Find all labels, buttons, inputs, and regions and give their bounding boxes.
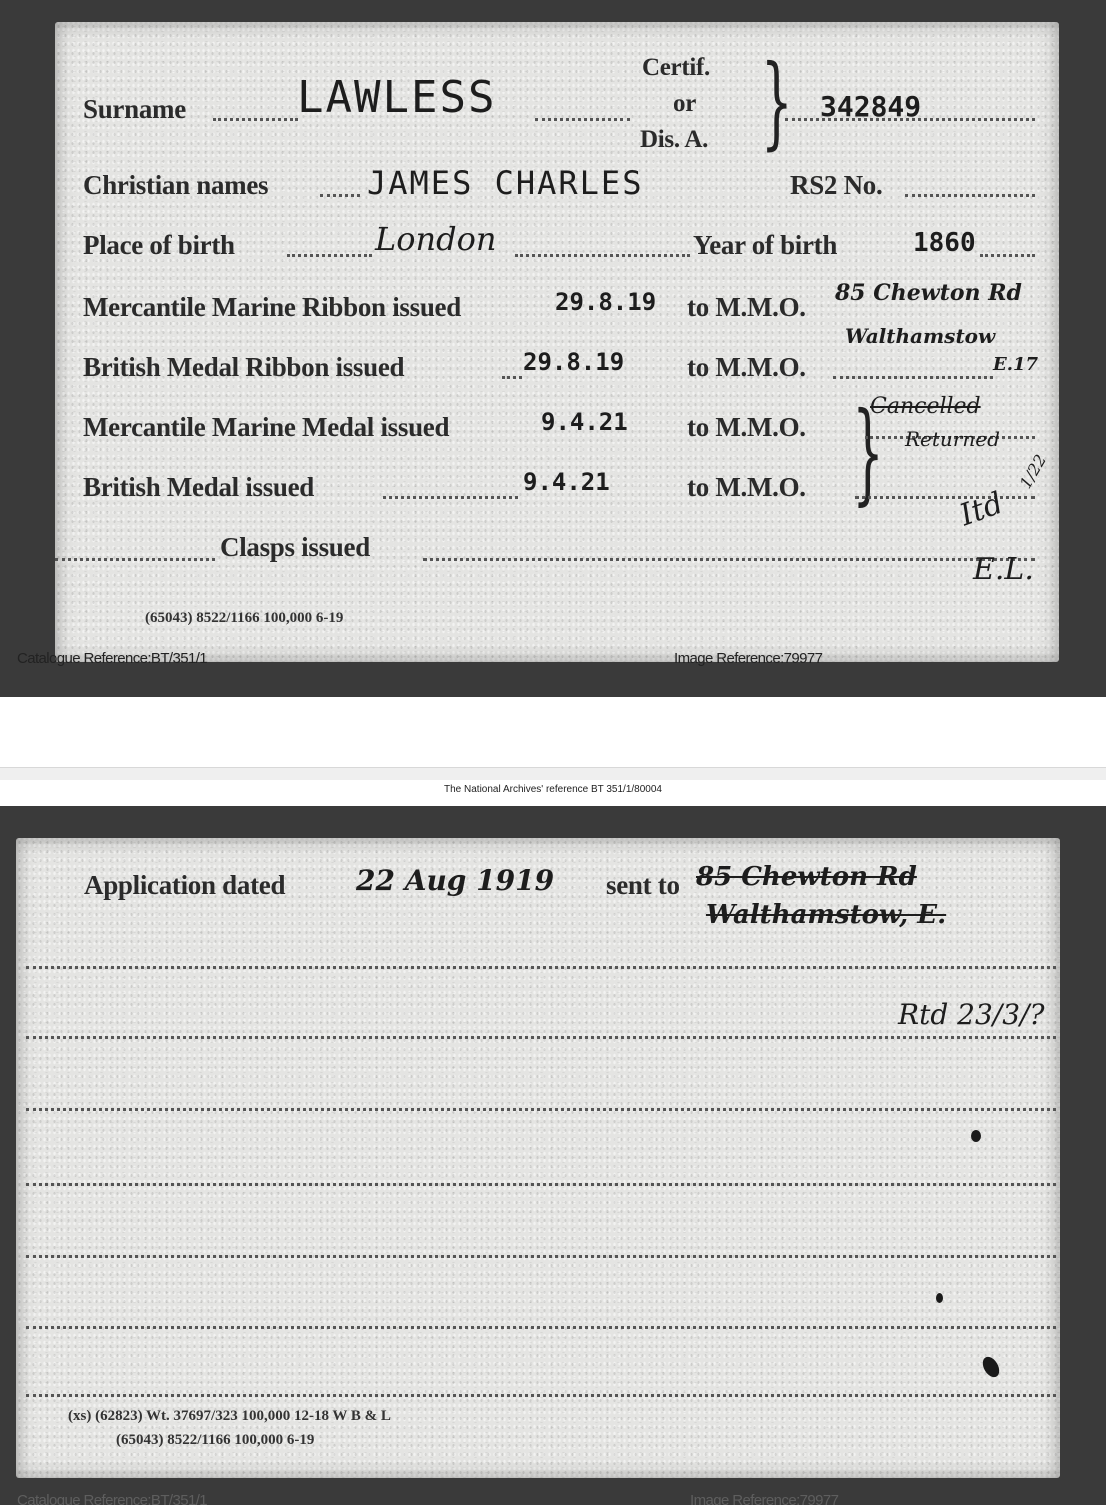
dotted-leader xyxy=(833,376,993,379)
surname-value: LAWLESS xyxy=(297,72,496,123)
surname-label: Surname xyxy=(83,94,186,125)
rs2-label: RS2 No. xyxy=(790,170,882,201)
archive-reference-caption: The National Archives' reference BT 351/… xyxy=(0,784,1106,795)
image-reference: Image Reference:79977 xyxy=(690,1492,838,1505)
print-code-1: (xs) (62823) Wt. 37697/323 100,000 12-18… xyxy=(68,1408,391,1425)
christian-names-value: JAMES CHARLES xyxy=(367,164,643,202)
dotted-leader xyxy=(287,254,372,257)
ruled-line xyxy=(26,1183,1056,1186)
brace: } xyxy=(761,52,793,152)
certif-label-2: or xyxy=(673,90,696,118)
mm-medal-date: 9.4.21 xyxy=(541,408,628,436)
sent-to-label: sent to xyxy=(606,870,680,901)
page-divider xyxy=(0,767,1106,780)
back-card-image-panel: Application dated 22 Aug 1919 sent to 85… xyxy=(0,806,1106,1505)
british-medal-to: to M.M.O. xyxy=(687,472,806,503)
dotted-leader xyxy=(383,496,518,499)
ink-spot xyxy=(971,1130,981,1142)
mm-ribbon-label: Mercantile Marine Ribbon issued xyxy=(83,292,461,323)
application-date: 22 Aug 1919 xyxy=(356,864,554,897)
address-line-1: 85 Chewton Rd xyxy=(835,280,1022,306)
certif-label-3: Dis. A. xyxy=(640,126,708,154)
ink-spot xyxy=(979,1354,1002,1380)
mm-ribbon-date: 29.8.19 xyxy=(555,288,656,316)
british-medal-label: British Medal issued xyxy=(83,472,314,503)
front-card-image-panel: Surname LAWLESS Certif. or Dis. A. } 342… xyxy=(0,0,1106,697)
catalogue-reference: Catalogue Reference:BT/351/1 xyxy=(17,1492,207,1505)
place-of-birth-label: Place of birth xyxy=(83,230,235,261)
british-ribbon-label: British Medal Ribbon issued xyxy=(83,352,404,383)
christian-names-label: Christian names xyxy=(83,170,268,201)
dotted-leader xyxy=(213,118,298,121)
dotted-leader xyxy=(905,194,1035,197)
ink-spot xyxy=(936,1293,943,1303)
front-medal-card: Surname LAWLESS Certif. or Dis. A. } 342… xyxy=(55,22,1059,662)
page-gap: The National Archives' reference BT 351/… xyxy=(0,697,1106,806)
clasps-label: Clasps issued xyxy=(220,532,370,563)
certif-label-1: Certif. xyxy=(642,54,710,82)
application-dated-label: Application dated xyxy=(84,870,285,901)
image-reference: Image Reference:79977 xyxy=(674,650,822,667)
dotted-leader xyxy=(535,118,630,121)
british-ribbon-to: to M.M.O. xyxy=(687,352,806,383)
ruled-line xyxy=(26,1108,1056,1111)
british-ribbon-date: 29.8.19 xyxy=(523,348,624,376)
sent-to-address-1: 85 Chewton Rd xyxy=(696,862,917,892)
mm-medal-label: Mercantile Marine Medal issued xyxy=(83,412,449,443)
initials-2: E.L. xyxy=(973,552,1034,587)
initials-1: Itd xyxy=(955,486,1007,534)
margin-note-returned: Returned xyxy=(905,427,1000,451)
ruled-line xyxy=(26,1326,1056,1329)
dotted-leader xyxy=(980,254,1035,257)
dotted-leader xyxy=(855,496,1035,499)
certif-value: 342849 xyxy=(820,90,921,123)
ruled-line xyxy=(26,1394,1056,1397)
ruled-line xyxy=(26,1255,1056,1258)
ruled-line xyxy=(26,1036,1056,1039)
mm-ribbon-to: to M.M.O. xyxy=(687,292,806,323)
dotted-leader xyxy=(423,558,1035,561)
year-of-birth-label: Year of birth xyxy=(693,230,837,261)
year-of-birth-value: 1860 xyxy=(913,228,976,258)
margin-note-date: 1/22 xyxy=(1016,451,1050,492)
dotted-leader xyxy=(55,558,215,561)
dotted-leader xyxy=(320,194,360,197)
margin-note-cancelled: Cancelled xyxy=(870,394,981,419)
print-code: (65043) 8522/1166 100,000 6-19 xyxy=(145,610,343,627)
dotted-leader xyxy=(502,376,522,379)
returned-note: Rtd 23/3/? xyxy=(898,998,1044,1031)
ruled-line xyxy=(26,966,1056,969)
catalogue-reference: Catalogue Reference:BT/351/1 xyxy=(17,650,207,667)
address-line-3: E.17 xyxy=(993,354,1038,375)
mm-medal-to: to M.M.O. xyxy=(687,412,806,443)
dotted-leader xyxy=(515,254,690,257)
back-medal-card: Application dated 22 Aug 1919 sent to 85… xyxy=(16,838,1060,1478)
print-code-2: (65043) 8522/1166 100,000 6-19 xyxy=(116,1432,314,1449)
place-of-birth-value: London xyxy=(375,220,496,258)
sent-to-address-2: Walthamstow, E. xyxy=(706,900,946,930)
british-medal-date: 9.4.21 xyxy=(523,468,610,496)
address-line-2: Walthamstow xyxy=(845,324,995,348)
